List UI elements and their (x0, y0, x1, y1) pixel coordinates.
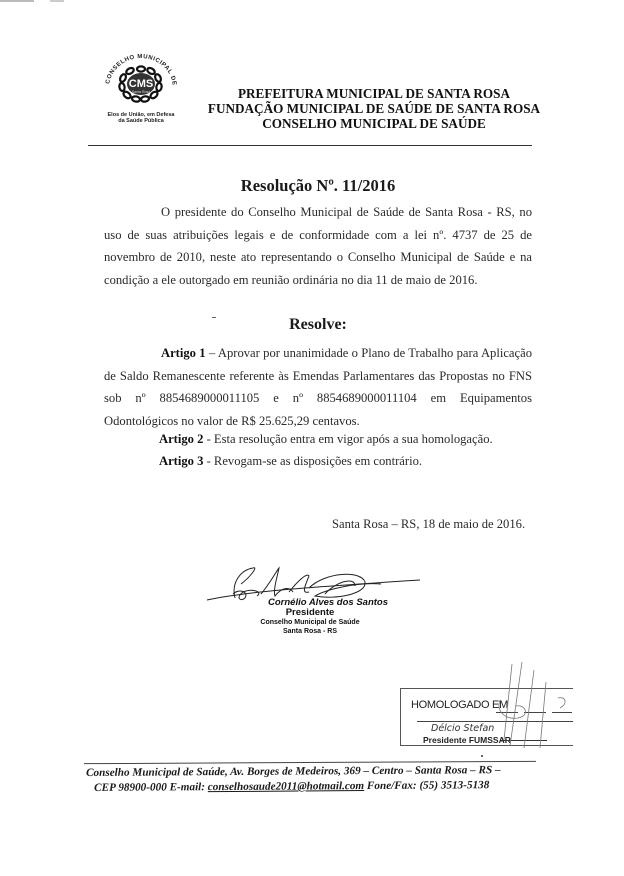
stamp-label: HOMOLOGADO EM (411, 699, 508, 711)
scan-artifact (481, 755, 483, 757)
header-divider (88, 145, 532, 146)
letterhead-line-3: CONSELHO MUNICIPAL DE SAÚDE (196, 116, 552, 131)
footer-email-link[interactable]: conselhosaude2011@hotmail.com (208, 780, 364, 793)
stamp-signatory-name: Délcio Stefan (431, 723, 494, 734)
article-2-text: Esta resolução entra em vigor após a sua… (214, 432, 493, 446)
letterhead-line-1: PREFEITURA MUNICIPAL DE SANTA ROSA (196, 86, 552, 101)
signatory-role: Presidente (250, 607, 370, 618)
article-1-label: Artigo 1 (161, 346, 206, 360)
article-3-separator: - (203, 454, 214, 468)
stamp-date-day-blank (496, 712, 518, 713)
cms-logo: CONSELHO MUNICIPAL DE SAÚDE CMS Santa Ro… (86, 50, 196, 130)
footer-address: Conselho Municipal de Saúde, Av. Borges … (86, 763, 546, 796)
signatory-org: Conselho Municipal de Saúde (250, 618, 370, 627)
resolution-title: Resolução Nº. 11/2016 (0, 176, 624, 196)
homologation-stamp: HOMOLOGADO EM Délcio Stefan Presidente F… (400, 688, 573, 746)
article-2-separator: - (203, 432, 214, 446)
signatory-block: Presidente Conselho Municipal de Saúde S… (250, 607, 370, 636)
chain-emblem-icon: CONSELHO MUNICIPAL DE SAÚDE CMS Santa Ro… (100, 50, 182, 112)
stamp-date-year-blank (552, 712, 572, 713)
preamble: O presidente do Conselho Municipal de Sa… (104, 201, 532, 291)
place-and-date: Santa Rosa – RS, 18 de maio de 2016. (332, 517, 525, 532)
signatory-city: Santa Rosa - RS (250, 627, 370, 636)
footer-line-2: CEP 98900-000 E-mail: conselhosaude2011@… (86, 778, 546, 796)
article-3-label: Artigo 3 (159, 454, 203, 468)
stamp-signature-line (417, 721, 573, 722)
article-1: Artigo 1 – Aprovar por unanimidade o Pla… (104, 342, 532, 432)
letterhead: PREFEITURA MUNICIPAL DE SANTA ROSA FUNDA… (196, 86, 552, 131)
article-2: Artigo 2 - Esta resolução entra em vigor… (159, 432, 493, 447)
article-3-text: Revogam-se as disposições em contrário. (214, 454, 422, 468)
resolve-heading: Resolve: (0, 316, 624, 334)
scan-artifact (50, 0, 64, 2)
stamp-date-month-blank (524, 712, 546, 713)
footer-cep: CEP 98900-000 E-mail: (94, 781, 208, 794)
scan-artifact (0, 0, 34, 2)
svg-text:Santa Rosa: Santa Rosa (132, 90, 150, 94)
logo-motto-line2: da Saúde Pública (86, 118, 196, 124)
stamp-signatory-role: Presidente FUMSSAR (423, 735, 511, 745)
letterhead-line-2: FUNDAÇÃO MUNICIPAL DE SAÚDE DE SANTA ROS… (196, 101, 552, 116)
preamble-text: O presidente do Conselho Municipal de Sa… (104, 201, 532, 291)
article-2-label: Artigo 2 (159, 432, 203, 446)
stamp-strikethrough (501, 740, 547, 741)
article-1-separator: – (206, 346, 218, 360)
svg-text:CMS: CMS (129, 78, 153, 90)
logo-motto: Elos de União, em Defesa da Saúde Públic… (86, 112, 196, 124)
footer-phone: Fone/Fax: (55) 3513-5138 (364, 779, 489, 792)
article-3: Artigo 3 - Revogam-se as disposições em … (159, 454, 422, 469)
